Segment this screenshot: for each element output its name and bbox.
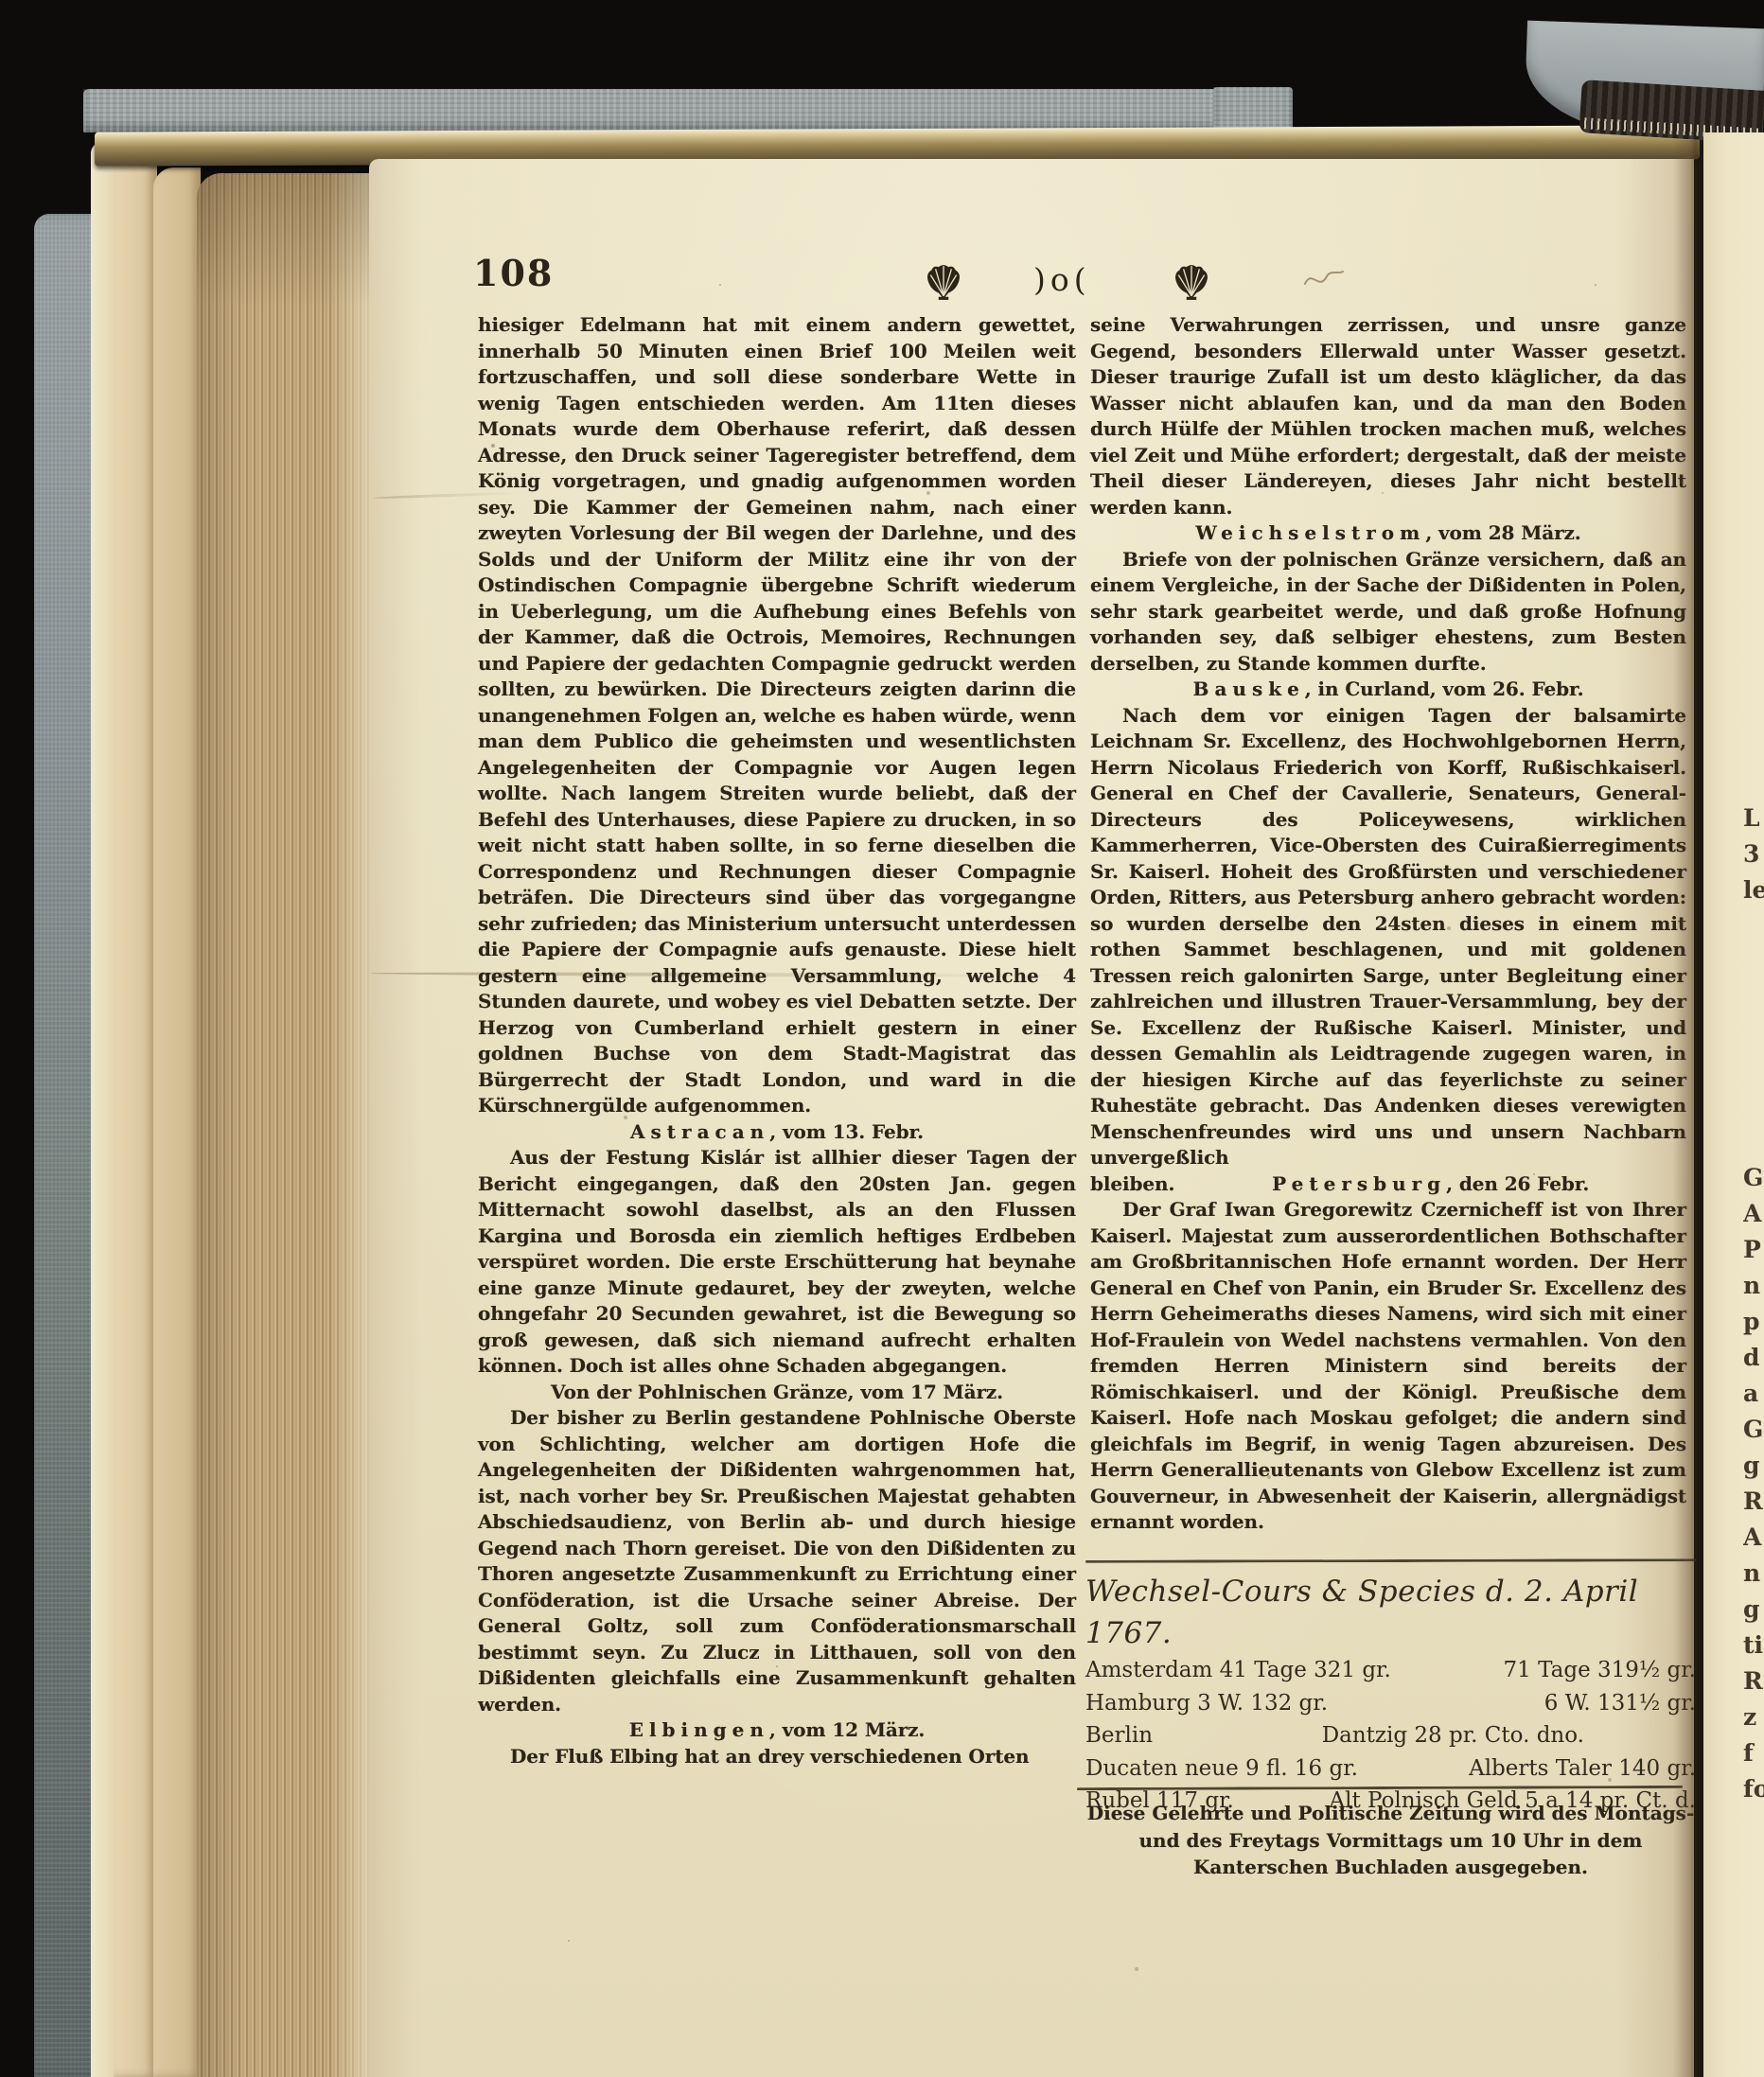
section-heading: Petersburg, den 26 Febr.	[1174, 1171, 1686, 1198]
scallop-shell-ornament-icon	[924, 263, 963, 301]
heading-date-part: , vom 12 März.	[769, 1718, 925, 1741]
body-paragraph: Aus der Festung Kislár ist allhier diese…	[478, 1145, 1076, 1380]
scanned-book-page: 108 )o( hiesiger Edelmann hat mit einem …	[0, 0, 1764, 2077]
heading-place-name: Elbingen	[629, 1718, 769, 1741]
heading-place-name: Weichselstrom	[1195, 521, 1425, 544]
section-heading: Von der Pohlnischen Gränze, vom 17 März.	[478, 1380, 1076, 1406]
pen-squiggle-mark	[1302, 267, 1346, 295]
facing-page-glyph: ti	[1743, 1628, 1764, 1663]
section-heading: Bauske, in Curland, vom 26. Febr.	[1090, 677, 1686, 703]
exchange-right-value: Dantzig 28 pr. Cto. dno.	[1322, 1719, 1584, 1752]
heading-place-name: Bauske	[1193, 678, 1305, 700]
facing-page-glyph	[1743, 1124, 1764, 1160]
facing-page-glyph: p	[1743, 1304, 1764, 1340]
exchange-left-value: Amsterdam 41 Tage 321 gr.	[1085, 1654, 1391, 1687]
exchange-rows: Amsterdam 41 Tage 321 gr.71 Tage 319½ gr…	[1085, 1654, 1696, 1818]
body-paragraph: Nach dem vor einigen Tagen der balsamirt…	[1090, 703, 1686, 1171]
body-paragraph: hiesiger Edelmann hat mit einem andern g…	[478, 312, 1076, 1119]
heading-date-part: Von der Pohlnischen Gränze, vom 17 März.	[551, 1381, 1003, 1403]
facing-page-glyph: A	[1743, 1520, 1764, 1556]
text-column-right: seine Verwahrungen zerrissen, und unsre …	[1090, 312, 1686, 1536]
binding-tape-top	[83, 89, 1287, 132]
facing-page-glyph	[1743, 908, 1764, 944]
section-heading: Elbingen, vom 12 März.	[478, 1717, 1076, 1744]
section-heading: Astracan, vom 13. Febr.	[478, 1119, 1076, 1146]
facing-page-glyph: g	[1743, 1448, 1764, 1484]
imprint-line: Diese Gelehrte und Politische Zeitung wi…	[1085, 1800, 1696, 1827]
gutter-shadow	[1673, 140, 1707, 2077]
heading-place-name: Astracan	[630, 1120, 769, 1143]
facing-page-glyph: z	[1743, 1699, 1764, 1735]
facing-page-glyph: n	[1743, 1268, 1764, 1304]
facing-page-glyph: f	[1743, 1735, 1764, 1771]
heading-date-part: , in Curland, vom 26. Febr.	[1305, 678, 1584, 700]
exchange-section: Wechsel-Cours & Species d. 2. April 1767…	[1085, 1571, 1696, 1818]
facing-page-cutoff-glyphs: L3le GAPnpdaGgRAngtiRzffo	[1743, 801, 1764, 1807]
paragraph-tail: bleiben.	[1090, 1171, 1174, 1198]
facing-page-glyph: R	[1743, 1663, 1764, 1699]
facing-page-glyph	[1743, 1088, 1764, 1124]
body-paragraph: seine Verwahrungen zerrissen, und unsre …	[1090, 312, 1686, 520]
facing-page-glyph: A	[1743, 1196, 1764, 1232]
imprint-line: und des Freytags Vormittags um 10 Uhr in…	[1085, 1827, 1696, 1855]
text-column-left: hiesiger Edelmann hat mit einem andern g…	[478, 312, 1076, 1769]
facing-page-glyph: n	[1743, 1556, 1764, 1592]
heading-date-part: , vom 13. Febr.	[769, 1120, 924, 1143]
facing-page-glyph: d	[1743, 1340, 1764, 1376]
facing-page-glyph	[1743, 944, 1764, 980]
run-in-heading-line: bleiben.Petersburg, den 26 Febr.	[1090, 1171, 1686, 1198]
page-edge-layer	[153, 167, 201, 2077]
exchange-left-value: Ducaten neue 9 fl. 16 gr.	[1085, 1752, 1358, 1786]
facing-page-glyph: G	[1743, 1160, 1764, 1196]
exchange-row: Amsterdam 41 Tage 321 gr.71 Tage 319½ gr…	[1085, 1654, 1696, 1687]
exchange-left-value: Hamburg 3 W. 132 gr.	[1085, 1687, 1328, 1720]
exchange-row: Hamburg 3 W. 132 gr.6 W. 131½ gr.	[1085, 1687, 1696, 1720]
section-heading: Weichselstrom, vom 28 März.	[1090, 520, 1686, 547]
facing-page-glyph: a	[1743, 1376, 1764, 1412]
facing-page-glyph: R	[1743, 1484, 1764, 1520]
exchange-right-value: 71 Tage 319½ gr.	[1504, 1654, 1697, 1687]
imprint-note: Diese Gelehrte und Politische Zeitung wi…	[1085, 1800, 1696, 1881]
exchange-row: Ducaten neue 9 fl. 16 gr.Alberts Taler 1…	[1085, 1752, 1696, 1786]
exchange-right-value: Alberts Taler 140 gr.	[1469, 1752, 1696, 1786]
body-paragraph: Der Fluß Elbing hat an drey verschiedene…	[478, 1744, 1076, 1770]
heading-date-part: , den 26 Febr.	[1446, 1172, 1589, 1195]
page-edge-layer	[114, 155, 157, 2077]
page-edge-stack	[197, 173, 379, 2077]
heading-date-part: , vom 28 März.	[1425, 521, 1580, 544]
body-paragraph: Briefe von der polnischen Gränze versich…	[1090, 547, 1686, 678]
body-paragraph: Der bisher zu Berlin gestandene Pohlnisc…	[478, 1405, 1076, 1717]
facing-page-glyph: fo	[1743, 1771, 1764, 1807]
exchange-title: Wechsel-Cours & Species d. 2. April 1767…	[1085, 1571, 1696, 1654]
paper-specks	[0, 0, 2, 2]
section-divider-mark: )o(	[1033, 261, 1091, 298]
facing-page-glyph: G	[1743, 1412, 1764, 1448]
facing-page-glyph	[1743, 1016, 1764, 1052]
facing-page-glyph: 3	[1743, 836, 1764, 872]
facing-page-glyph	[1743, 1052, 1764, 1088]
exchange-left-value: Berlin	[1085, 1719, 1153, 1752]
exchange-row: BerlinDantzig 28 pr. Cto. dno.	[1085, 1719, 1696, 1752]
scallop-shell-ornament-icon	[1172, 263, 1211, 301]
facing-page-glyph: le	[1743, 872, 1764, 908]
page-number: 108	[473, 252, 554, 294]
facing-page-glyph: P	[1743, 1232, 1764, 1268]
facing-page-glyph: g	[1743, 1592, 1764, 1628]
heading-place-name: Petersburg	[1272, 1172, 1446, 1195]
facing-page-glyph: L	[1743, 801, 1764, 836]
body-paragraph: Der Graf Iwan Gregorewitz Czernicheff is…	[1090, 1197, 1686, 1536]
imprint-line: Kanterschen Buchladen ausgegeben.	[1085, 1854, 1696, 1881]
facing-page-glyph	[1743, 980, 1764, 1016]
